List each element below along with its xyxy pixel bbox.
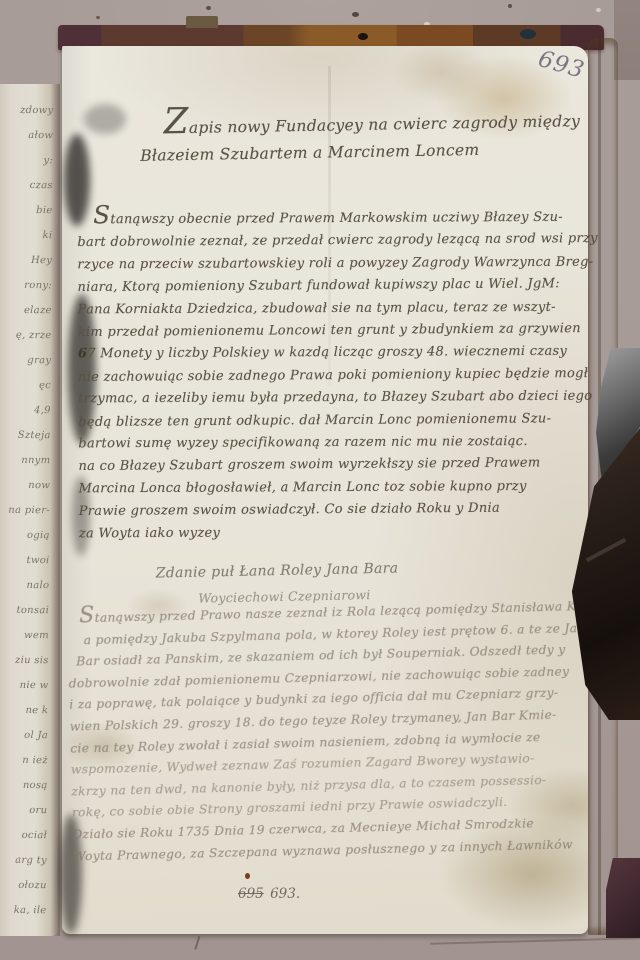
text-line: na co Błazey Szubart groszem swoim wyrze… (78, 452, 599, 478)
text-line: wem (24, 631, 49, 641)
text-line: n ież (22, 756, 48, 766)
facing-page-text-fragments: zdowyałowy:czasbiekiHeyrony:elazeę, zrze… (0, 106, 54, 916)
text-line: nnym (21, 456, 50, 466)
text-line: Szteja (18, 431, 51, 441)
table-edge-shadow (430, 937, 640, 944)
dark-speck (206, 6, 211, 10)
page-number: 693 (535, 46, 587, 84)
entry1-text: Stanąwszy obecnie przed Prawem Markowski… (77, 207, 599, 546)
text-line: elaze (24, 306, 52, 316)
rust-spot (245, 873, 250, 879)
text-line: rony: (24, 281, 52, 291)
text-line: ziu sis (15, 656, 49, 666)
leather-highlight (586, 538, 627, 562)
folio-annotation: 695 693. (238, 886, 300, 902)
text-line: ne k (25, 706, 48, 716)
text-line: zdowy (20, 106, 53, 116)
text-line: bart dobrowolnie zeznał, ze przedał cwie… (77, 228, 598, 254)
entry1-heading: Zapis nowy Fundacyey na cwierc zagrody m… (138, 108, 581, 170)
text-line: nie w (20, 681, 49, 691)
folio-old-number: 695 (238, 886, 264, 902)
manuscript-page: 693 Zapis nowy Fundacyey na cwierc zagro… (62, 46, 588, 934)
text-line: nie zachowuiąc sobie zadnego Prawa poki … (78, 363, 599, 389)
text-line: ociał (22, 831, 48, 841)
binding-dark-spot (358, 33, 368, 40)
binding-tab (186, 16, 218, 28)
text-line: będą blizsze ten grunt odkupic. dał Marc… (78, 408, 599, 434)
gutter-shadow (50, 84, 60, 936)
dust-speck (596, 8, 601, 12)
text-line: kim przedał pomienionemu Loncowi ten gru… (78, 318, 599, 344)
text-line: nosą (23, 781, 48, 791)
text-line: trzymac, a iezeliby iemu była przedayna,… (78, 386, 599, 411)
text-line: 4,9 (34, 406, 51, 416)
dark-speck (96, 16, 100, 19)
text-line: na pier- (8, 506, 50, 516)
text-line: tonsai (17, 606, 50, 616)
text-line: za Woyta iako wyzey (79, 520, 600, 545)
text-line: ka, ile (14, 906, 47, 916)
text-line: 67 Monety y liczby Polskiey w kazdą licz… (78, 341, 599, 366)
dark-speck (508, 4, 512, 8)
binding-dark-spot (520, 29, 536, 39)
table-scratch (194, 936, 214, 954)
manuscript-photo: zdowyałowy:czasbiekiHeyrony:elazeę, zrze… (0, 0, 640, 960)
book-cover-corner-top (614, 0, 640, 80)
entry2-text: Stanąwszy przed Prawo nasze zeznał iz Ro… (67, 595, 617, 867)
text-line: ołozu (18, 881, 47, 891)
text-line: niara, Ktorą pomieniony Szubart fundował… (77, 273, 598, 299)
folio-new-number: 693. (270, 886, 300, 902)
text-line: arg ty (15, 856, 47, 866)
facing-page-edge: zdowyałowy:czasbiekiHeyrony:elazeę, zrze… (0, 84, 58, 936)
text-line: ę, zrze (16, 331, 52, 341)
text-line: Prawie groszem swoim oswiadczył. Co sie … (79, 497, 600, 523)
text-line: nalo (26, 581, 49, 591)
text-line: twoi (27, 556, 50, 566)
text-line: oru (29, 806, 47, 816)
text-line: ol Ja (24, 731, 48, 741)
text-line: now (28, 481, 50, 491)
text-line: ogią (27, 531, 50, 541)
text-line: gray (27, 356, 51, 366)
book-cover-corner-bottom (606, 858, 640, 938)
ink-smudge (84, 104, 126, 134)
dark-speck (352, 12, 359, 17)
